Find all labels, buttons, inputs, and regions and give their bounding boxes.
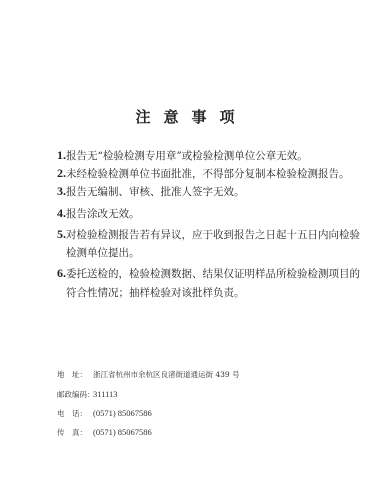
notice-text: 报告无“检验检测专用章”或检验检测单位公章无效。 — [66, 150, 308, 162]
contact-phone: 电 话：(0571) 85067586 — [57, 408, 152, 419]
notice-item-2: 2.未经检验检测单位书面批准，不得部分复制本检验检测报告。 — [57, 167, 350, 180]
notice-item-6-continuation: 符合性情况；抽样检验对该批样负责。 — [66, 287, 245, 299]
phone-value: (0571) 85067586 — [93, 408, 152, 418]
contact-address: 地 址：浙江省杭州市余杭区良渚街道通运街 439 号 — [57, 370, 240, 380]
notice-number: 4. — [57, 206, 66, 220]
postcode-value: 311113 — [93, 389, 118, 399]
notice-text: 未经检验检测单位书面批准，不得部分复制本检验检测报告。 — [66, 168, 350, 180]
notice-item-4: 4.报告涂改无效。 — [57, 207, 140, 220]
notice-number: 3. — [57, 184, 66, 198]
notice-item-5-continuation: 检测单位提出。 — [66, 247, 140, 259]
fax-value: (0571) 85067586 — [93, 427, 152, 437]
notice-text: 报告涂改无效。 — [66, 208, 140, 220]
phone-label: 电 话： — [57, 409, 93, 419]
postcode-label: 邮政编码： — [57, 390, 93, 400]
address-value: 浙江省杭州市余杭区良渚街道通运街 439 号 — [93, 370, 240, 379]
page-title: 注意事项 — [0, 106, 370, 127]
contact-fax: 传 真：(0571) 85067586 — [57, 427, 152, 438]
notice-item-1: 1.报告无“检验检测专用章”或检验检测单位公章无效。 — [57, 149, 308, 162]
notice-number: 2. — [57, 166, 66, 180]
document-page: 注意事项 1.报告无“检验检测专用章”或检验检测单位公章无效。 2.未经检验检测… — [0, 0, 370, 500]
fax-label: 传 真： — [57, 428, 93, 438]
notice-text: 对检验检测报告若有异议，应于收到报告之日起十五日内向检验 — [66, 229, 360, 241]
notice-text: 报告无编制、审核、批准人签字无效。 — [66, 186, 245, 198]
notice-item-3: 3.报告无编制、审核、批准人签字无效。 — [57, 185, 245, 198]
address-label: 地 址： — [57, 370, 93, 380]
notice-number: 5. — [57, 227, 66, 241]
notice-number: 6. — [57, 266, 66, 280]
contact-postcode: 邮政编码：311113 — [57, 389, 118, 400]
notice-text: 委托送检的，检验检测数据、结果仅证明样品所检验检测项目的 — [66, 268, 360, 280]
notice-number: 1. — [57, 148, 66, 162]
notice-item-5: 5.对检验检测报告若有异议，应于收到报告之日起十五日内向检验 — [57, 228, 360, 241]
notice-item-6: 6.委托送检的，检验检测数据、结果仅证明样品所检验检测项目的 — [57, 267, 360, 280]
